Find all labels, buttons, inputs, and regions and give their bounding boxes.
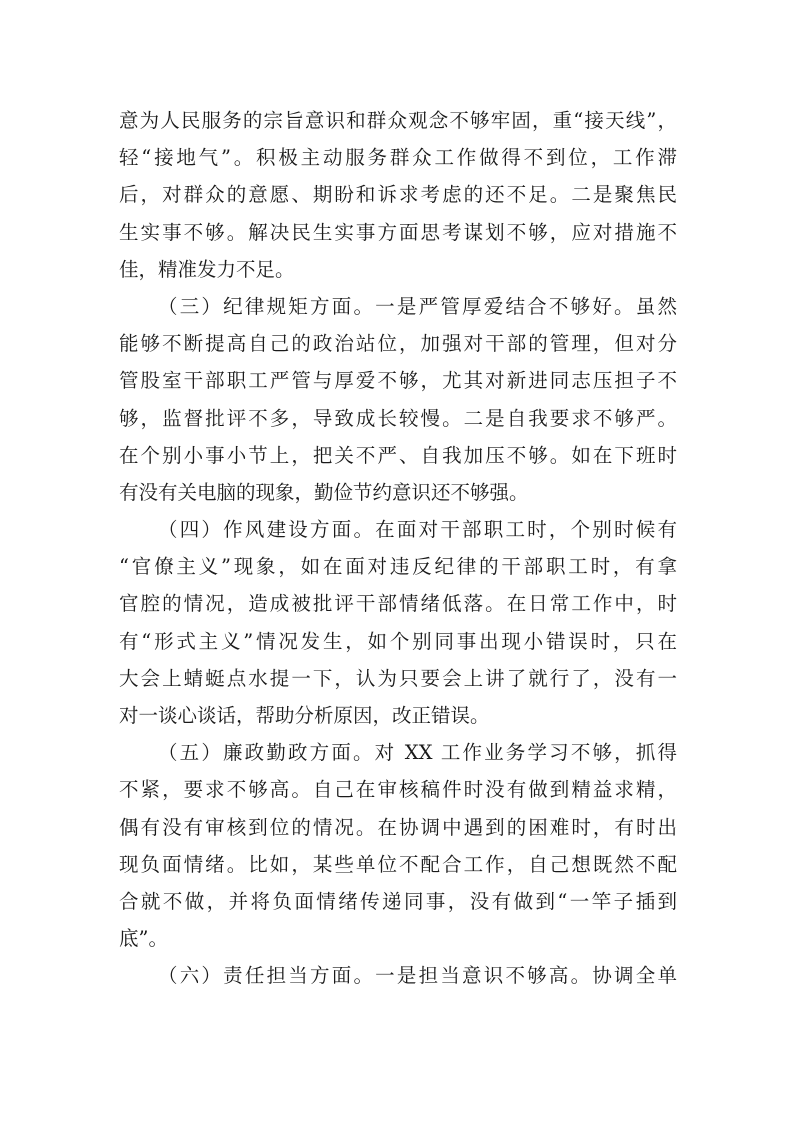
text-line: 有“形式主义”情况发生，如个别同事出现小错误时，只在 <box>119 623 677 660</box>
paragraph: （六）责任担当方面。一是担当意识不够高。协调全单 <box>119 957 677 994</box>
text-line: 在个别小事小节上，把关不严、自我加压不够。如在下班时 <box>119 437 677 474</box>
text-line: 现负面情绪。比如，某些单位不配合工作，自己想既然不配 <box>119 846 677 883</box>
text-line: （四）作风建设方面。在面对干部职工时，个别时候有 <box>119 511 677 548</box>
text-line: 意为人民服务的宗旨意识和群众观念不够牢固，重“接天线”， <box>119 102 677 139</box>
text-line: 偶有没有审核到位的情况。在协调中遇到的困难时，有时出 <box>119 809 677 846</box>
document-text: 意为人民服务的宗旨意识和群众观念不够牢固，重“接天线”，轻“接地气”。积极主动服… <box>119 102 677 995</box>
text-line: 轻“接地气”。积极主动服务群众工作做得不到位，工作滞 <box>119 139 677 176</box>
text-line: “官僚主义”现象，如在面对违反纪律的干部职工时，有拿 <box>119 548 677 585</box>
text-line: 有没有关电脑的现象，勤俭节约意识还不够强。 <box>119 474 677 511</box>
text-line: 生实事不够。解决民生实事方面思考谋划不够，应对措施不 <box>119 214 677 251</box>
paragraph: （四）作风建设方面。在面对干部职工时，个别时候有“官僚主义”现象，如在面对违反纪… <box>119 511 677 734</box>
text-line: 佳，精准发力不足。 <box>119 251 677 288</box>
text-line: 底”。 <box>119 920 677 957</box>
text-line: 官腔的情况，造成被批评干部情绪低落。在日常工作中，时 <box>119 585 677 622</box>
text-line: 大会上蜻蜓点水提一下，认为只要会上讲了就行了，没有一 <box>119 660 677 697</box>
paragraph: 意为人民服务的宗旨意识和群众观念不够牢固，重“接天线”，轻“接地气”。积极主动服… <box>119 102 677 288</box>
text-line: 管股室干部职工严管与厚爱不够，尤其对新进同志压担子不 <box>119 362 677 399</box>
text-line: （六）责任担当方面。一是担当意识不够高。协调全单 <box>119 957 677 994</box>
text-line: 合就不做，并将负面情绪传递同事，没有做到“一竿子插到 <box>119 883 677 920</box>
text-line: 够，监督批评不多，导致成长较慢。二是自我要求不够严。 <box>119 400 677 437</box>
text-line: 能够不断提高自己的政治站位，加强对干部的管理，但对分 <box>119 325 677 362</box>
text-line: 后，对群众的意愿、期盼和诉求考虑的还不足。二是聚焦民 <box>119 176 677 213</box>
text-line: 对一谈心谈话，帮助分析原因，改正错误。 <box>119 697 677 734</box>
paragraph: （三）纪律规矩方面。一是严管厚爱结合不够好。虽然能够不断提高自己的政治站位，加强… <box>119 288 677 511</box>
text-line: （三）纪律规矩方面。一是严管厚爱结合不够好。虽然 <box>119 288 677 325</box>
text-line: 不紧，要求不够高。自己在审核稿件时没有做到精益求精， <box>119 771 677 808</box>
document-page: 意为人民服务的宗旨意识和群众观念不够牢固，重“接天线”，轻“接地气”。积极主动服… <box>0 0 793 1122</box>
paragraph: （五）廉政勤政方面。对 XX 工作业务学习不够，抓得不紧，要求不够高。自己在审核… <box>119 734 677 957</box>
text-line: （五）廉政勤政方面。对 XX 工作业务学习不够，抓得 <box>119 734 677 771</box>
